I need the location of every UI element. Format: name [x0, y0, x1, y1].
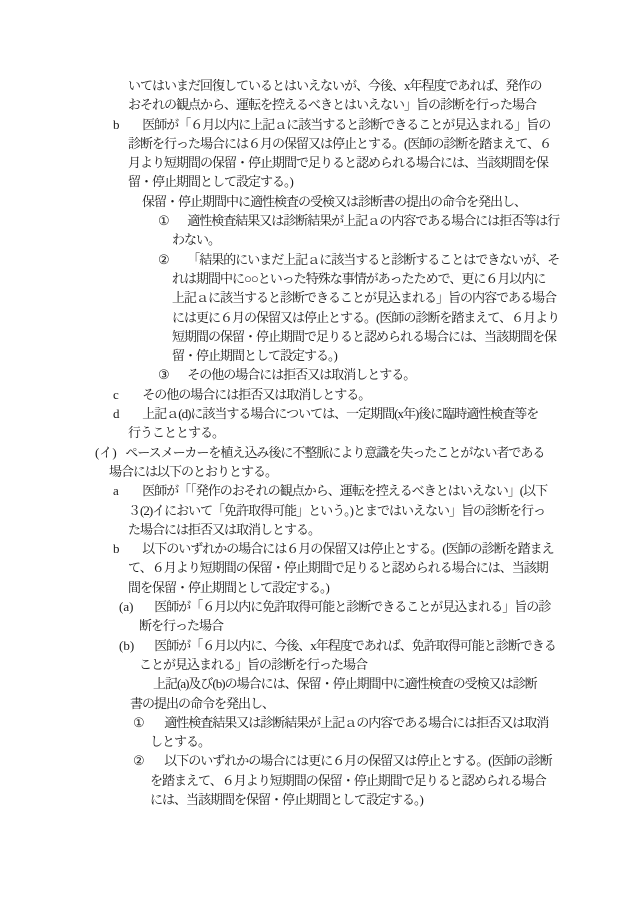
text-line: ことが見込まれる」旨の診断を行った場合: [95, 655, 572, 674]
text-line: ③ その他の場合には拒否又は取消しとする。: [95, 365, 572, 384]
list-marker: ②: [158, 250, 185, 269]
text-line: 行うこととする。: [95, 423, 572, 442]
line-text: 以下のいずれかの場合には６月の保留又は停止とする。(医師の診断を踏まえ: [142, 541, 553, 556]
line-text: ペースメーカーを植え込み後に不整脈により意識を失ったことがない者である: [125, 445, 544, 460]
list-marker: (イ): [95, 443, 123, 462]
line-text: 月より短期間の保留・停止期間で足りると認められる場合には、当該期間を保: [128, 155, 548, 170]
text-line: 上記(a)及び(b)の場合には、保留・停止期間中に適性検査の受検又は診断: [95, 674, 572, 693]
line-text: 留・停止期間として設定する。): [128, 174, 293, 189]
line-text: 医師が「「発作のおそれの観点から、運転を控えるべきとはいえない」(以下: [142, 483, 547, 498]
text-line: おそれの観点から、運転を控えるべきとはいえない」旨の診断を行った場合: [95, 95, 572, 114]
line-text: 医師が「６月以内に免許取得可能と診断できることが見込まれる」旨の診: [154, 599, 550, 614]
line-text: には更に６月の保留又は停止とする。(医師の診断を踏まえて、６月より: [172, 310, 559, 325]
list-marker: (b): [119, 636, 152, 655]
document-page: いてはいまだ回復しているとはいえないが、今後、x年程度であれば、発作の おそれの…: [0, 0, 630, 903]
text-line: には更に６月の保留又は停止とする。(医師の診断を踏まえて、６月より: [95, 308, 572, 327]
line-text: 留・停止期間として設定する。): [172, 348, 337, 363]
text-line: b 以下のいずれかの場合には６月の保留又は停止とする。(医師の診断を踏まえ: [95, 539, 572, 558]
text-line: 場合には以下のとおりとする。: [95, 462, 572, 481]
line-text: 適性検査結果又は診断結果が上記ａの内容である場合には拒否等は行: [187, 213, 559, 228]
line-text: ことが見込まれる」旨の診断を行った場合: [139, 657, 367, 672]
line-text: ３(2)イにおいて「免許取得可能」という。)とまではいえない」旨の診断を行っ: [128, 503, 545, 518]
text-line: しとする。: [95, 732, 572, 751]
text-line: いてはいまだ回復しているとはいえないが、今後、x年程度であれば、発作の: [95, 76, 572, 95]
document-text: いてはいまだ回復しているとはいえないが、今後、x年程度であれば、発作の おそれの…: [95, 76, 572, 809]
text-line: (イ) ペースメーカーを植え込み後に不整脈により意識を失ったことがない者である: [95, 443, 572, 462]
line-text: 適性検査結果又は診断結果が上記ａの内容である場合には拒否又は取消: [164, 715, 548, 730]
list-marker: (a): [119, 597, 152, 616]
text-line: れは期間中に○○といった特殊な事情があったためで、更に６月以内に: [95, 269, 572, 288]
text-line: (b) 医師が「６月以内に、今後、x年程度であれば、免許取得可能と診断できる: [95, 636, 572, 655]
line-text: を踏まえて、６月より短期間の保留・停止期間で足りると認められる場合: [150, 773, 546, 788]
line-text: 以下のいずれかの場合には更に６月の保留又は停止とする。(医師の診断: [164, 753, 551, 768]
text-line: ② 「結果的にいまだ上記ａに該当すると診断することはできないが、そ: [95, 250, 572, 269]
text-line: (a) 医師が「６月以内に免許取得可能と診断できることが見込まれる」旨の診: [95, 597, 572, 616]
text-line: ② 以下のいずれかの場合には更に６月の保留又は停止とする。(医師の診断: [95, 751, 572, 770]
line-text: 診断を行った場合には６月の保留又は停止とする。(医師の診断を踏まえて、６: [128, 136, 551, 151]
line-text: 書の提出の命令を発出し、: [130, 696, 274, 711]
list-marker: c: [113, 385, 140, 404]
list-marker: d: [113, 404, 140, 423]
text-line: d 上記ａ(d)に該当する場合については、一定期間(x年)後に臨時適性検査等を: [95, 404, 572, 423]
line-text: 上記ａ(d)に該当する場合については、一定期間(x年)後に臨時適性検査等を: [142, 406, 538, 421]
text-line: 上記ａに該当すると診断できることが見込まれる」旨の内容である場合: [95, 288, 572, 307]
line-text: 医師が「６月以内に、今後、x年程度であれば、免許取得可能と診断できる: [154, 638, 556, 653]
line-text: 医師が「６月以内に上記ａに該当すると診断できることが見込まれる」旨の: [142, 117, 550, 132]
line-text: て、６月より短期間の保留・停止期間で足りると認められる場合には、当該期: [128, 560, 548, 575]
line-text: 上記ａに該当すると診断できることが見込まれる」旨の内容である場合: [172, 290, 556, 305]
line-text: わない。: [172, 232, 220, 247]
line-text: いてはいまだ回復しているとはいえないが、今後、x年程度であれば、発作の: [128, 78, 542, 93]
line-text: 間を保留・停止期間として設定する。): [128, 580, 329, 595]
line-text: 上記(a)及び(b)の場合には、保留・停止期間中に適性検査の受検又は診断: [153, 676, 537, 691]
text-line: 保留・停止期間中に適性検査の受検又は診断書の提出の命令を発出し、: [95, 192, 572, 211]
line-text: た場合には拒否又は取消しとする。: [128, 522, 320, 537]
text-line: 断を行った場合: [95, 616, 572, 635]
list-marker: ①: [158, 211, 185, 230]
list-marker: ③: [158, 365, 185, 384]
line-text: 行うこととする。: [128, 425, 224, 440]
text-line: 留・停止期間として設定する。): [95, 346, 572, 365]
list-marker: a: [113, 481, 140, 500]
text-line: て、６月より短期間の保留・停止期間で足りると認められる場合には、当該期: [95, 558, 572, 577]
text-line: 留・停止期間として設定する。): [95, 172, 572, 191]
text-line: ① 適性検査結果又は診断結果が上記ａの内容である場合には拒否又は取消: [95, 713, 572, 732]
text-line: b 医師が「６月以内に上記ａに該当すると診断できることが見込まれる」旨の: [95, 115, 572, 134]
text-line: c その他の場合には拒否又は取消しとする。: [95, 385, 572, 404]
text-line: ① 適性検査結果又は診断結果が上記ａの内容である場合には拒否等は行: [95, 211, 572, 230]
text-line: を踏まえて、６月より短期間の保留・停止期間で足りると認められる場合: [95, 771, 572, 790]
text-line: 書の提出の命令を発出し、: [95, 694, 572, 713]
text-line: には、当該期間を保留・停止期間として設定する。): [95, 790, 572, 809]
text-line: 月より短期間の保留・停止期間で足りると認められる場合には、当該期間を保: [95, 153, 572, 172]
line-text: 断を行った場合: [139, 618, 223, 633]
list-marker: b: [113, 539, 140, 558]
line-text: おそれの観点から、運転を控えるべきとはいえない」旨の診断を行った場合: [128, 97, 536, 112]
line-text: しとする。: [150, 734, 210, 749]
text-line: た場合には拒否又は取消しとする。: [95, 520, 572, 539]
text-line: 診断を行った場合には６月の保留又は停止とする。(医師の診断を踏まえて、６: [95, 134, 572, 153]
line-text: れは期間中に○○といった特殊な事情があったためで、更に６月以内に: [172, 271, 545, 286]
line-text: その他の場合には拒否又は取消しとする。: [187, 367, 415, 382]
list-marker: ①: [133, 713, 162, 732]
text-line: わない。: [95, 230, 572, 249]
list-marker: b: [113, 115, 140, 134]
line-text: には、当該期間を保留・停止期間として設定する。): [150, 792, 423, 807]
line-text: 短期間の保留・停止期間で足りると認められる場合には、当該期間を保: [172, 329, 556, 344]
text-line: 間を保留・停止期間として設定する。): [95, 578, 572, 597]
text-line: a 医師が「「発作のおそれの観点から、運転を控えるべきとはいえない」(以下: [95, 481, 572, 500]
line-text: その他の場合には拒否又は取消しとする。: [142, 387, 370, 402]
text-line: 短期間の保留・停止期間で足りると認められる場合には、当該期間を保: [95, 327, 572, 346]
line-text: 場合には以下のとおりとする。: [109, 464, 277, 479]
text-line: ３(2)イにおいて「免許取得可能」という。)とまではいえない」旨の診断を行っ: [95, 501, 572, 520]
line-text: 「結果的にいまだ上記ａに該当すると診断することはできないが、そ: [187, 252, 559, 267]
list-marker: ②: [133, 751, 162, 770]
line-text: 保留・停止期間中に適性検査の受検又は診断書の提出の命令を発出し、: [142, 194, 526, 209]
